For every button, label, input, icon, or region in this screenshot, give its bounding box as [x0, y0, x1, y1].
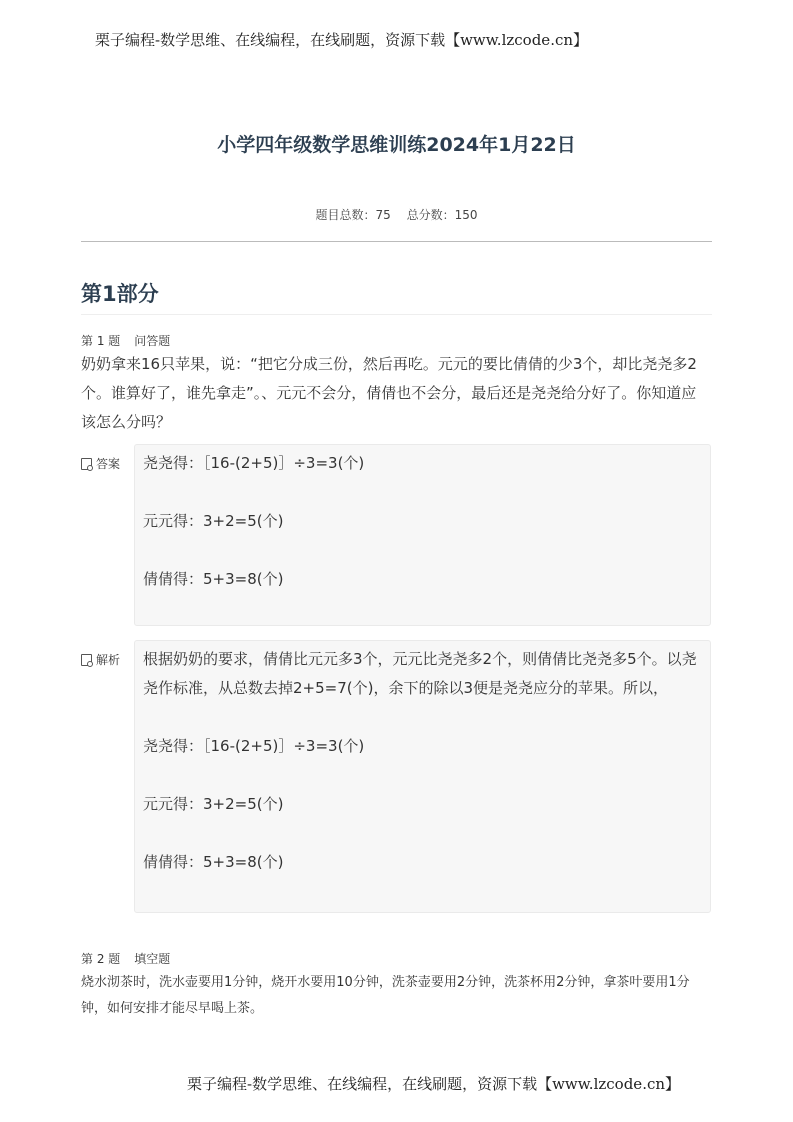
- analysis-label: 解析: [81, 651, 120, 668]
- analysis-line: 元元得：3+2=5(个): [143, 790, 702, 819]
- question-header: 第 2 题填空题: [81, 950, 170, 967]
- question-count: 题目总数：75: [315, 208, 390, 222]
- question-header: 第 1 题问答题: [81, 332, 170, 349]
- question-text: 烧水沏茶时，洗水壶要用1分钟，烧开水要用10分钟，洗茶壶要用2分钟，洗茶杯用2分…: [81, 970, 711, 1022]
- question-text: 奶奶拿来16只苹果，说：“把它分成三份，然后再吃。元元的要比倩倩的少3个，却比尧…: [81, 350, 711, 437]
- answer-line: 元元得：3+2=5(个): [143, 507, 702, 536]
- analysis-intro: 根据奶奶的要求，倩倩比元元多3个，元元比尧尧多2个，则倩倩比尧尧多5个。以尧尧作…: [143, 645, 702, 703]
- question-type: 问答题: [134, 334, 170, 348]
- exam-meta: 题目总数：75 总分数：150: [0, 206, 793, 223]
- question-type: 填空题: [134, 952, 170, 966]
- watermark-header: 栗子编程-数学思维、在线编程，在线刷题，资源下载【www.lzcode.cn】: [95, 29, 588, 50]
- divider: [81, 241, 712, 242]
- section-title: 第1部分: [81, 278, 159, 308]
- answer-line: 尧尧得：［16-(2+5)］÷3=3(个): [143, 449, 702, 478]
- answer-label: 答案: [81, 455, 120, 472]
- document-search-icon: [81, 458, 92, 470]
- analysis-line: 倩倩得：5+3=8(个): [143, 848, 702, 877]
- answer-label-text: 答案: [96, 455, 120, 472]
- analysis-label-text: 解析: [96, 651, 120, 668]
- question-number: 第 2 题: [81, 952, 120, 966]
- section-divider: [81, 314, 712, 315]
- analysis-line: 尧尧得：［16-(2+5)］÷3=3(个): [143, 732, 702, 761]
- answer-box: 尧尧得：［16-(2+5)］÷3=3(个) 元元得：3+2=5(个) 倩倩得：5…: [134, 444, 711, 626]
- total-score: 总分数：150: [407, 208, 478, 222]
- question-number: 第 1 题: [81, 334, 120, 348]
- document-search-icon: [81, 654, 92, 666]
- answer-line: 倩倩得：5+3=8(个): [143, 565, 702, 594]
- watermark-footer: 栗子编程-数学思维、在线编程，在线刷题，资源下载【www.lzcode.cn】: [187, 1073, 680, 1094]
- page-title: 小学四年级数学思维训练2024年1月22日: [0, 130, 793, 157]
- analysis-box: 根据奶奶的要求，倩倩比元元多3个，元元比尧尧多2个，则倩倩比尧尧多5个。以尧尧作…: [134, 640, 711, 913]
